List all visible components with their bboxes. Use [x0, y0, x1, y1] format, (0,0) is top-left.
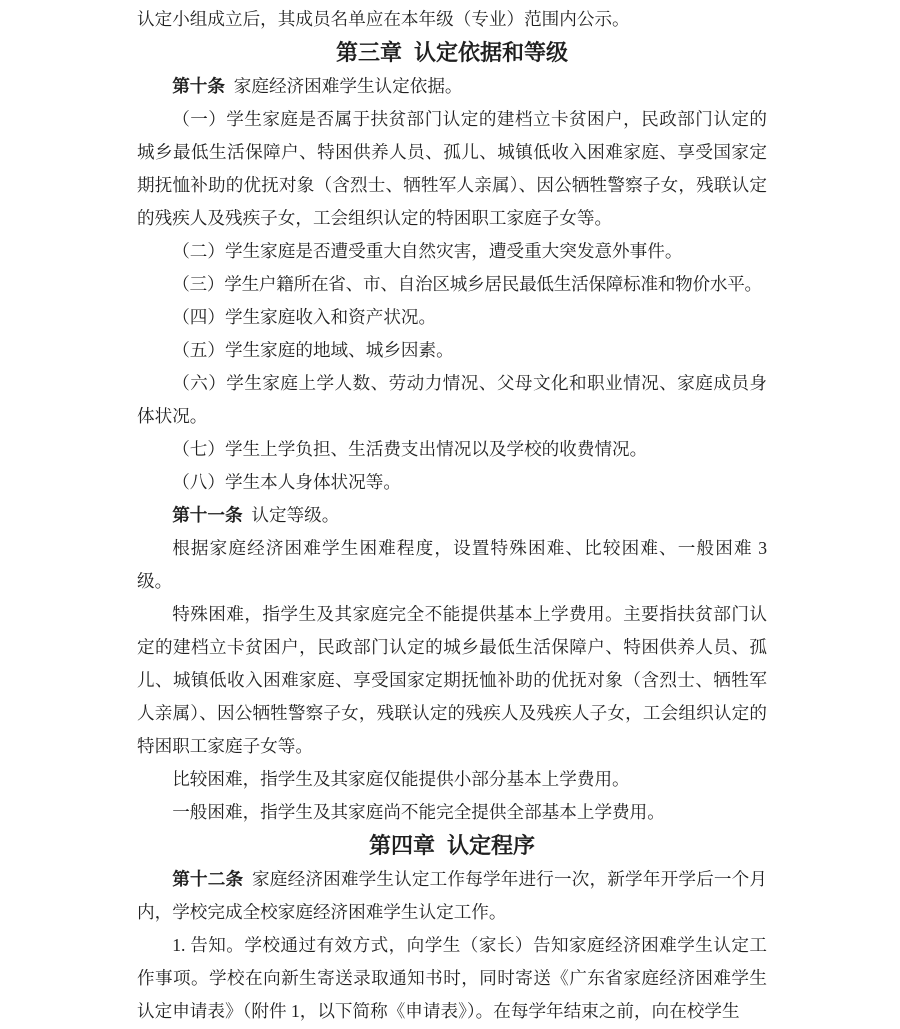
- document-paragraph: 第十条家庭经济困难学生认定依据。: [137, 70, 767, 103]
- document-paragraph: 比较困难，指学生及其家庭仅能提供小部分基本上学费用。: [137, 763, 767, 796]
- article-number-label: 第十条: [172, 76, 225, 96]
- chapter-heading: 第三章 认定依据和等级: [137, 36, 767, 70]
- chapter-heading: 第四章 认定程序: [137, 829, 767, 863]
- document-body: 认定小组成立后，其成员名单应在本年级（专业）范围内公示。第三章 认定依据和等级第…: [0, 0, 900, 1028]
- document-paragraph: （四）学生家庭收入和资产状况。: [137, 301, 767, 334]
- document-paragraph: 第十二条家庭经济困难学生认定工作每学年进行一次，新学年开学后一个月内，学校完成全…: [137, 863, 767, 929]
- document-paragraph: 特殊困难，指学生及其家庭完全不能提供基本上学费用。主要指扶贫部门认定的建档立卡贫…: [137, 598, 767, 763]
- document-paragraph: 1. 告知。学校通过有效方式，向学生（家长）告知家庭经济困难学生认定工作事项。学…: [137, 929, 767, 1028]
- article-number-label: 第十二条: [172, 869, 243, 889]
- document-paragraph: 第十一条认定等级。: [137, 499, 767, 532]
- paragraph-text: 认定等级。: [251, 505, 339, 525]
- document-paragraph: 认定小组成立后，其成员名单应在本年级（专业）范围内公示。: [137, 3, 767, 36]
- document-paragraph: （二）学生家庭是否遭受重大自然灾害，遭受重大突发意外事件。: [137, 235, 767, 268]
- paragraph-text: 家庭经济困难学生认定依据。: [234, 76, 463, 96]
- article-number-label: 第十一条: [172, 505, 242, 525]
- document-paragraph: 一般困难，指学生及其家庭尚不能完全提供全部基本上学费用。: [137, 796, 767, 829]
- document-paragraph: （七）学生上学负担、生活费支出情况以及学校的收费情况。: [137, 433, 767, 466]
- document-page: 认定小组成立后，其成员名单应在本年级（专业）范围内公示。第三章 认定依据和等级第…: [0, 0, 900, 1029]
- document-paragraph: （八）学生本人身体状况等。: [137, 466, 767, 499]
- document-paragraph: （一）学生家庭是否属于扶贫部门认定的建档立卡贫困户，民政部门认定的城乡最低生活保…: [137, 103, 767, 235]
- document-paragraph: （五）学生家庭的地域、城乡因素。: [137, 334, 767, 367]
- document-paragraph: 根据家庭经济困难学生困难程度，设置特殊困难、比较困难、一般困难 3 级。: [137, 532, 767, 598]
- document-paragraph: （三）学生户籍所在省、市、自治区城乡居民最低生活保障标准和物价水平。: [137, 268, 767, 301]
- document-paragraph: （六）学生家庭上学人数、劳动力情况、父母文化和职业情况、家庭成员身体状况。: [137, 367, 767, 433]
